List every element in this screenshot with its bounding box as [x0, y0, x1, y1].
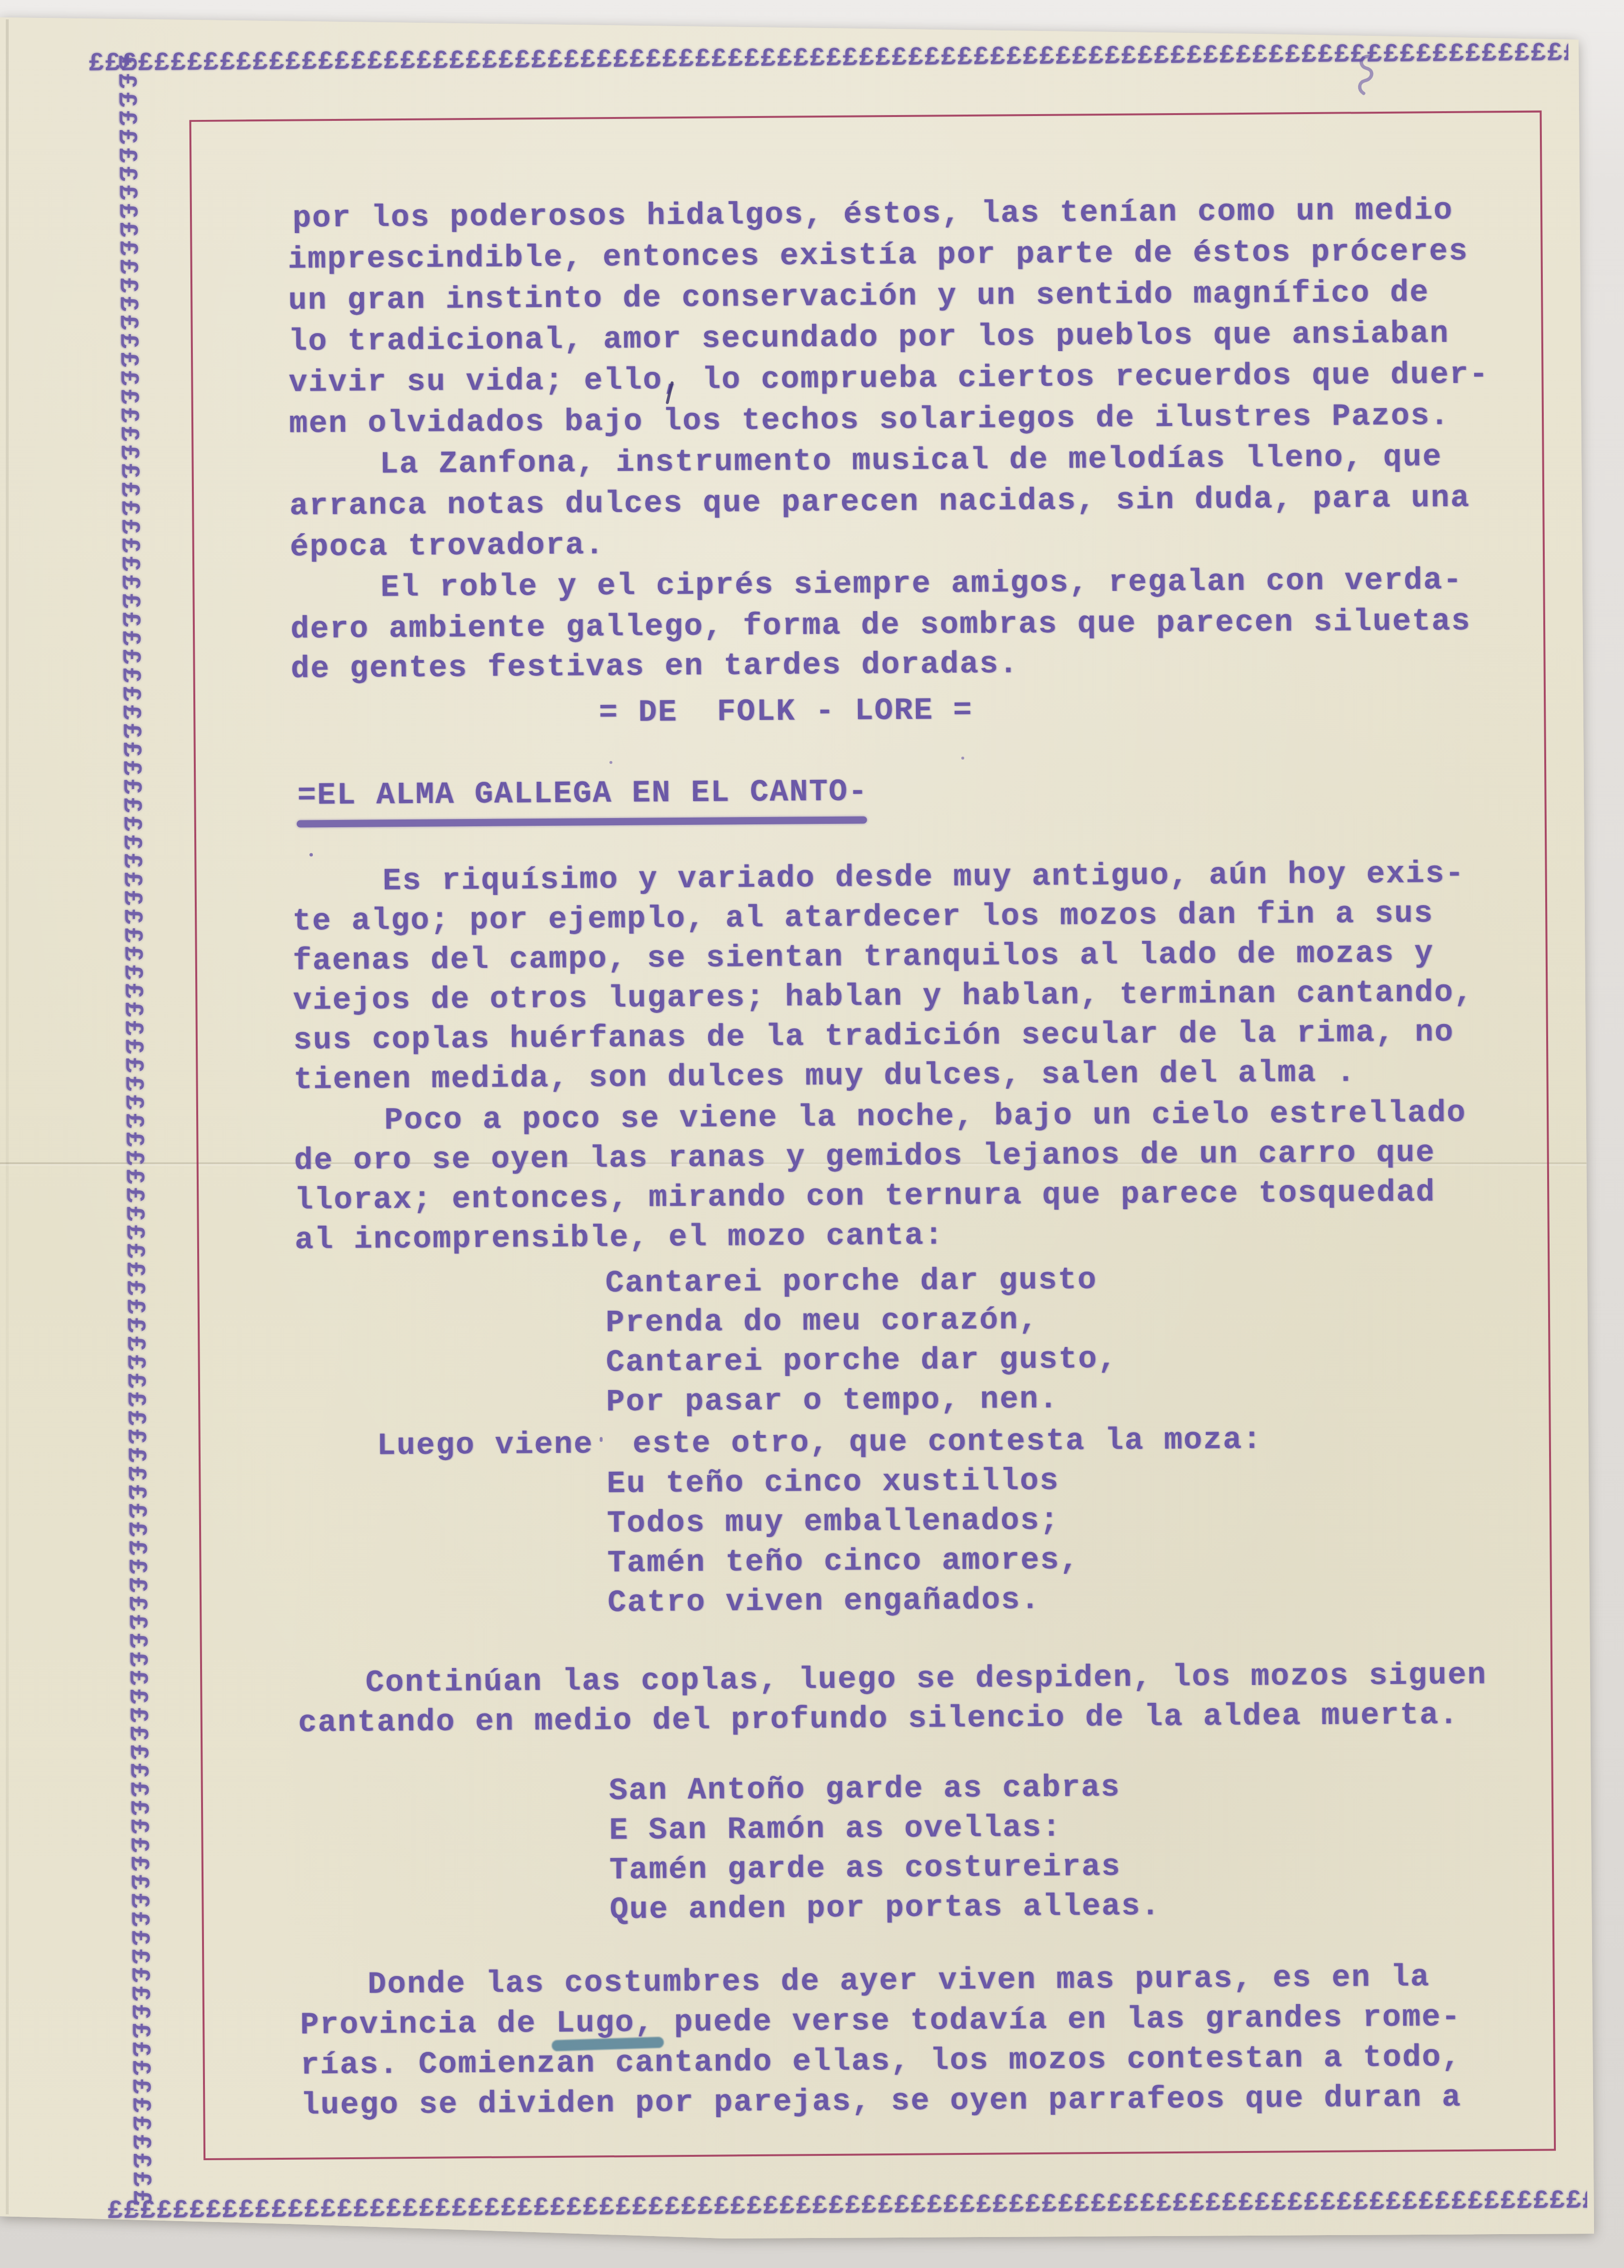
- scanned-document-page: { "page": { "colors": { "paper": "#e8e3c…: [0, 0, 1624, 2268]
- paper-surface: ££££££££££££££££££££££££££££££££££££££££…: [0, 0, 1624, 2268]
- verse-line: Cantarei porche dar gusto,: [606, 1342, 1117, 1380]
- verse-line: E San Ramón as ovellas:: [609, 1811, 1062, 1849]
- ink-smudge-icon: [1345, 54, 1379, 97]
- verse-line: Eu teño cinco xustillos: [607, 1464, 1059, 1502]
- typed-border-bottom: ££££££££££££££££££££££££££££££££££££££££…: [107, 2186, 1587, 2231]
- body-line: de gentes festivas en tardes doradas.: [290, 647, 1019, 687]
- body-line: Luego viene este otro, que contesta la m…: [377, 1423, 1262, 1464]
- verse-line: Catro viven engañados.: [608, 1583, 1041, 1621]
- verse-line: Tamén garde as costureiras: [609, 1850, 1121, 1888]
- section-heading: = DE FOLK - LORE =: [599, 693, 973, 731]
- verse-line: Que anden por portas alleas.: [609, 1889, 1160, 1928]
- ink-speck: [309, 853, 313, 856]
- verse-line: Tamén teño cinco amores,: [607, 1543, 1079, 1581]
- ink-speck: [961, 757, 964, 760]
- subsection-heading: =EL ALMA GALLEGA EN EL CANTO-: [297, 775, 868, 813]
- verse-line: Por pasar o tempo, nen.: [606, 1382, 1059, 1420]
- body-line: Donde las costumbres de ayer viven mas p…: [367, 1960, 1430, 2002]
- verse-line: San Antoño garde as cabras: [609, 1771, 1121, 1809]
- ink-speck: [600, 1437, 603, 1442]
- verse-line: Todos muy emballenados;: [607, 1504, 1060, 1542]
- verse-line: Cantarei porche dar gusto: [605, 1263, 1097, 1301]
- body-line: tienen medida, son dulces muy dulces, sa…: [293, 1055, 1356, 1097]
- body-line: La Zanfona, instrumento musical de melod…: [379, 440, 1442, 482]
- verse-line: Prenda do meu corazón,: [606, 1303, 1039, 1341]
- typewritten-text-block: por los poderosos hidalgos, éstos, las t…: [0, 0, 1616, 1]
- ink-speck: [609, 761, 612, 764]
- body-line: época trovadora.: [290, 528, 605, 565]
- page-content: ££££££££££££££££££££££££££££££££££££££££…: [0, 0, 1624, 2268]
- typed-border-left: ££££££££££££££££££££££££££££££££££££££££…: [110, 55, 156, 2211]
- body-line: al incomprensible, el mozo canta:: [295, 1218, 944, 1258]
- paper-sheet: ££££££££££££££££££££££££££££££££££££££££…: [0, 0, 1624, 2268]
